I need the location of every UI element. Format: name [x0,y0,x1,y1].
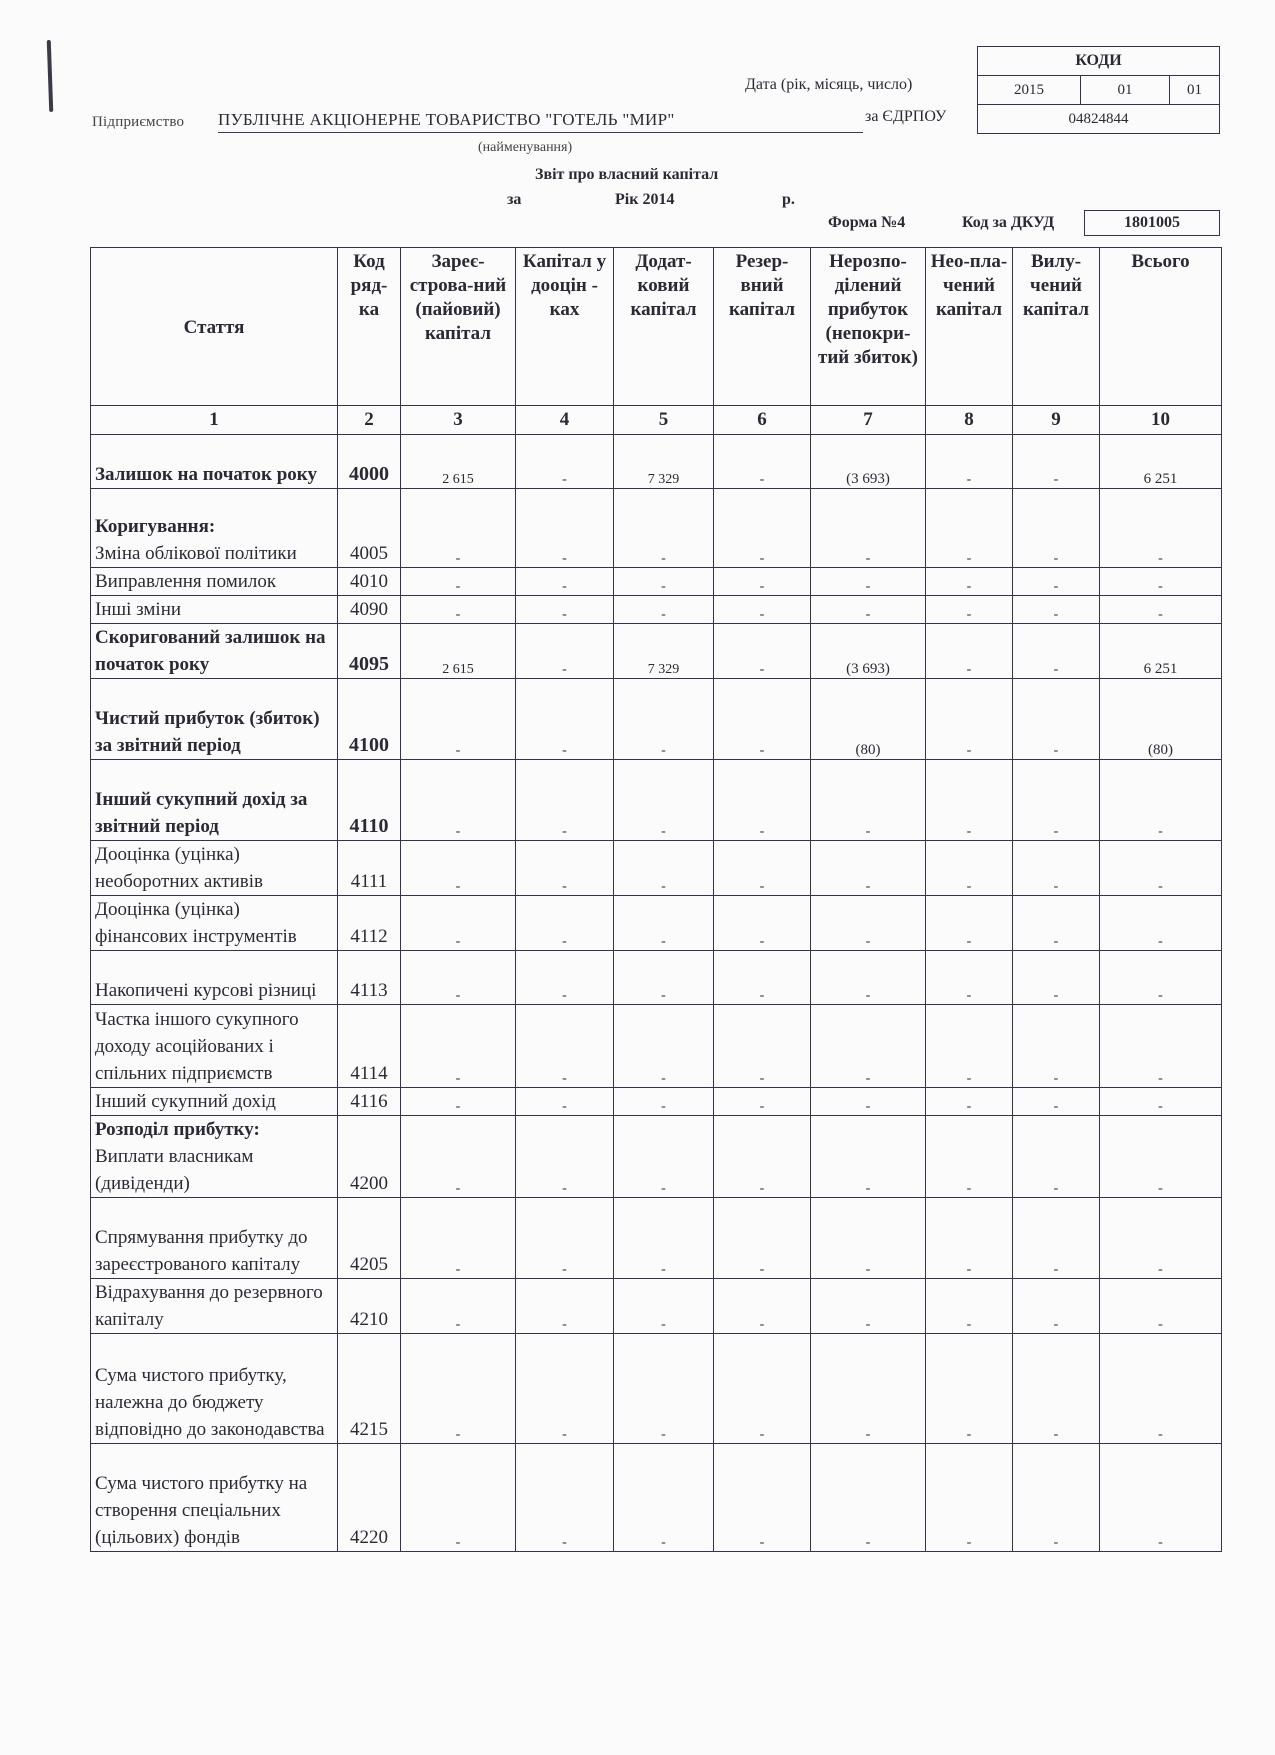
cell-value: - [401,1279,516,1334]
cell-value: - [401,1444,516,1552]
date-label: Дата (рік, місяць, число) [745,76,912,94]
row-code: 4095 [338,624,401,679]
cell-value: - [926,624,1013,679]
cell-value: - [1100,1005,1222,1088]
cell-value: - [516,568,614,596]
code-month: 01 [1080,76,1169,104]
cell-value: - [614,489,714,568]
row-label: Інший сукупний дохід [91,1088,338,1116]
cell-value: - [401,760,516,841]
row-label-text: Відрахування до резервного капіталу [95,1279,333,1333]
column-header: Нео-пла-чений капітал [926,248,1013,406]
cell-value: (3 693) [811,435,926,489]
cell-value: - [714,679,811,760]
row-label: Сума чистого прибутку, належна до бюджет… [91,1334,338,1444]
cell-value: - [926,1088,1013,1116]
table-row: Інший сукупний дохід4116-------- [91,1088,1222,1116]
cell-value: - [811,1444,926,1552]
cell-value: - [926,841,1013,896]
cell-value: - [1100,1198,1222,1279]
cell-value: - [401,1088,516,1116]
table-row: Виправлення помилок4010-------- [91,568,1222,596]
cell-value: - [714,1444,811,1552]
table-row: Відрахування до резервного капіталу4210-… [91,1279,1222,1334]
row-label-text: Інший сукупний дохід за звітний період [95,786,333,840]
cell-value: - [516,489,614,568]
cell-value: - [401,896,516,951]
cell-value: - [1013,596,1100,624]
table-row: Розподіл прибутку:Виплати власникам (див… [91,1116,1222,1198]
cell-value: - [1100,596,1222,624]
cell-value: - [926,760,1013,841]
cell-value: - [614,596,714,624]
table-row: Залишок на початок року40002 615-7 329-(… [91,435,1222,489]
row-code: 4113 [338,951,401,1005]
row-label: Залишок на початок року [91,435,338,489]
period: Рік 2014 [615,191,674,209]
row-label-text: Частка іншого сукупного доходу асоційова… [95,1006,333,1087]
cell-value: - [714,1088,811,1116]
cell-value: - [926,1334,1013,1444]
dkud-code: 1801005 [1084,210,1220,236]
row-code: 4114 [338,1005,401,1088]
cell-value: - [926,1116,1013,1198]
cell-value: - [714,1005,811,1088]
cell-value: - [401,679,516,760]
cell-value: - [614,568,714,596]
cell-value: - [1013,679,1100,760]
cell-value: - [516,1088,614,1116]
cell-value: - [1100,1444,1222,1552]
cell-value: - [714,1116,811,1198]
row-label: Накопичені курсові різниці [91,951,338,1005]
table-row: Накопичені курсові різниці4113-------- [91,951,1222,1005]
row-label-text: Спрямування прибутку до зареєстрованого … [95,1224,333,1278]
row-code: 4215 [338,1334,401,1444]
column-header: Додат-ковий капітал [614,248,714,406]
code-day: 01 [1169,76,1219,104]
cell-value: - [1013,1334,1100,1444]
cell-value: - [1013,760,1100,841]
cell-value: - [401,489,516,568]
cell-value: - [401,841,516,896]
cell-value: - [926,679,1013,760]
row-label: Виправлення помилок [91,568,338,596]
cell-value: - [614,679,714,760]
cell-value: - [1013,435,1100,489]
row-label: Сума чистого прибутку на створення спеці… [91,1444,338,1552]
cell-value: - [926,1279,1013,1334]
row-label: Інший сукупний дохід за звітний період [91,760,338,841]
cell-value: - [516,1005,614,1088]
row-code: 4112 [338,896,401,951]
cell-value: - [926,489,1013,568]
cell-value: - [926,896,1013,951]
cell-value: - [1100,1116,1222,1198]
code-edrpou: 04824844 [978,105,1219,133]
column-header: Стаття [91,248,338,406]
row-code: 4090 [338,596,401,624]
cell-value: (80) [1100,679,1222,760]
cell-value: - [516,624,614,679]
cell-value: 7 329 [614,435,714,489]
column-header: Вилу-чений капітал [1013,248,1100,406]
row-label-text: Сума чистого прибутку на створення спеці… [95,1470,333,1551]
cell-value: - [1100,489,1222,568]
cell-value: - [516,841,614,896]
table-row: Дооцінка (уцінка) необоротних активів411… [91,841,1222,896]
row-code: 4100 [338,679,401,760]
cell-value: - [401,1116,516,1198]
column-header: Нерозпо-ділений прибуток (непокри-тий зб… [811,248,926,406]
table-row: Інший сукупний дохід за звітний період41… [91,760,1222,841]
header-row: СтаттяКод ряд-каЗареє-строва-ний (пайови… [91,248,1222,406]
cell-value: - [811,1005,926,1088]
cell-value: - [614,1279,714,1334]
cell-value: - [614,1444,714,1552]
row-label-text: Виправлення помилок [95,568,333,595]
column-header: Резер-вний капітал [714,248,811,406]
row-label-text: Залишок на початок року [95,461,333,488]
cell-value: - [516,1334,614,1444]
cell-value: - [926,1198,1013,1279]
cell-value: - [1100,568,1222,596]
row-code: 4116 [338,1088,401,1116]
cell-value: - [1013,896,1100,951]
row-code: 4111 [338,841,401,896]
row-label: Інші зміни [91,596,338,624]
cell-value: - [1013,1198,1100,1279]
cell-value: - [811,1116,926,1198]
table-row: Дооцінка (уцінка) фінансових інструменті… [91,896,1222,951]
cell-value: - [1013,489,1100,568]
cell-value: - [811,1279,926,1334]
cell-value: - [401,1198,516,1279]
cell-value: - [926,1444,1013,1552]
row-label: Чистий прибуток (збиток) за звітний пері… [91,679,338,760]
cell-value: - [714,1334,811,1444]
cell-value: - [401,568,516,596]
cell-value: - [516,596,614,624]
cell-value: - [1013,1444,1100,1552]
row-code: 4000 [338,435,401,489]
period-prefix: за [507,191,521,209]
row-label-text: Скоригований залишок на початок року [95,624,333,678]
cell-value: - [714,1198,811,1279]
row-label: Дооцінка (уцінка) необоротних активів [91,841,338,896]
column-header: Всього [1100,248,1222,406]
row-code: 4210 [338,1279,401,1334]
cell-value: - [1013,951,1100,1005]
table-row: Спрямування прибутку до зареєстрованого … [91,1198,1222,1279]
period-suffix: р. [782,191,795,209]
cell-value: - [516,1444,614,1552]
cell-value: - [401,596,516,624]
row-label-text: Інший сукупний дохід [95,1088,333,1115]
cell-value: - [811,760,926,841]
row-code: 4200 [338,1116,401,1198]
cell-value: - [614,1005,714,1088]
cell-value: - [401,1334,516,1444]
cell-value: - [401,951,516,1005]
row-code: 4005 [338,489,401,568]
cell-value: - [1013,1279,1100,1334]
table-row: Сума чистого прибутку, належна до бюджет… [91,1334,1222,1444]
cell-value: - [1013,841,1100,896]
cell-value: - [516,1116,614,1198]
cell-value: - [714,435,811,489]
cell-value: - [714,596,811,624]
cell-value: (3 693) [811,624,926,679]
margin-mark [47,40,54,112]
cell-value: - [1013,1088,1100,1116]
cell-value: - [926,1005,1013,1088]
row-code: 4220 [338,1444,401,1552]
column-number: 9 [1013,406,1100,435]
cell-value: - [614,1334,714,1444]
cell-value: - [714,1279,811,1334]
cell-value: - [614,1198,714,1279]
row-label-text: Дооцінка (уцінка) фінансових інструменті… [95,896,333,950]
cell-value: - [1100,951,1222,1005]
equity-statement-table: СтаттяКод ряд-каЗареє-строва-ний (пайови… [90,247,1222,1552]
cell-value: - [1013,568,1100,596]
cell-value: - [811,951,926,1005]
row-label-text: Інші зміни [95,596,333,623]
cell-value: 2 615 [401,624,516,679]
column-header: Капітал у дооцін - ках [516,248,614,406]
cell-value: - [1100,1088,1222,1116]
cell-value: - [714,896,811,951]
codes-box: КОДИ 2015 01 01 04824844 [977,46,1220,134]
cell-value: - [811,1198,926,1279]
cell-value: - [1100,760,1222,841]
cell-value: - [516,1279,614,1334]
cell-value: - [516,435,614,489]
column-number: 8 [926,406,1013,435]
cell-value: - [811,1088,926,1116]
column-number: 7 [811,406,926,435]
column-number: 2 [338,406,401,435]
table-row: Коригування:Зміна облікової політики4005… [91,489,1222,568]
row-code: 4110 [338,760,401,841]
cell-value: - [1013,1116,1100,1198]
cell-value: - [714,841,811,896]
row-label-text: Сума чистого прибутку, належна до бюджет… [95,1362,333,1443]
cell-value: - [811,489,926,568]
cell-value: - [614,760,714,841]
row-label-text: Зміна облікової політики [95,540,333,567]
table-row: Чистий прибуток (збиток) за звітний пері… [91,679,1222,760]
cell-value: - [714,568,811,596]
section-heading: Коригування: [95,513,333,540]
cell-value: - [714,624,811,679]
cell-value: 7 329 [614,624,714,679]
cell-value: - [811,896,926,951]
cell-value: - [516,1198,614,1279]
row-label: Скоригований залишок на початок року [91,624,338,679]
cell-value: - [1100,841,1222,896]
report-title: Звіт про власний капітал [535,166,718,184]
row-label: Спрямування прибутку до зареєстрованого … [91,1198,338,1279]
cell-value: 6 251 [1100,624,1222,679]
cell-value: - [614,1116,714,1198]
cell-value: - [614,841,714,896]
cell-value: - [516,760,614,841]
edrpou-label: за ЄДРПОУ [865,108,946,126]
code-year: 2015 [978,76,1080,104]
row-label: Дооцінка (уцінка) фінансових інструменті… [91,896,338,951]
column-number: 6 [714,406,811,435]
cell-value: - [714,760,811,841]
row-label: Відрахування до резервного капіталу [91,1279,338,1334]
cell-value: - [926,435,1013,489]
row-code: 4205 [338,1198,401,1279]
cell-value: - [1013,1005,1100,1088]
cell-value: - [401,1005,516,1088]
column-header: Зареє-строва-ний (пайовий) капітал [401,248,516,406]
cell-value: - [516,896,614,951]
cell-value: - [1013,624,1100,679]
enterprise-label: Підприємство [92,114,184,131]
cell-value: - [516,679,614,760]
codes-title: КОДИ [978,47,1219,75]
column-number: 1 [91,406,338,435]
cell-value: (80) [811,679,926,760]
cell-value: - [1100,896,1222,951]
row-label-text: Чистий прибуток (збиток) за звітний пері… [95,705,333,759]
cell-value: - [714,951,811,1005]
cell-value: - [1100,1279,1222,1334]
cell-value: - [1100,1334,1222,1444]
column-number-row: 12345678910 [91,406,1222,435]
cell-value: 6 251 [1100,435,1222,489]
cell-value: - [614,951,714,1005]
row-label: Частка іншого сукупного доходу асоційова… [91,1005,338,1088]
cell-value: - [614,1088,714,1116]
cell-value: 2 615 [401,435,516,489]
row-label: Коригування:Зміна облікової політики [91,489,338,568]
table-row: Частка іншого сукупного доходу асоційова… [91,1005,1222,1088]
row-label-text: Виплати власникам (дивіденди) [95,1143,333,1197]
section-heading: Розподіл прибутку: [95,1116,333,1143]
row-label-text: Дооцінка (уцінка) необоротних активів [95,841,333,895]
column-header: Код ряд-ка [338,248,401,406]
cell-value: - [811,596,926,624]
cell-value: - [926,951,1013,1005]
cell-value: - [516,951,614,1005]
enterprise-name: ПУБЛІЧНЕ АКЦІОНЕРНЕ ТОВАРИСТВО "ГОТЕЛЬ "… [218,110,863,133]
dkud-label: Код за ДКУД [962,214,1054,232]
cell-value: - [926,568,1013,596]
column-number: 5 [614,406,714,435]
cell-value: - [926,596,1013,624]
naming-caption: (найменування) [478,140,572,156]
table-row: Сума чистого прибутку на створення спеці… [91,1444,1222,1552]
form-number: Форма №4 [828,214,905,232]
column-number: 3 [401,406,516,435]
column-number: 10 [1100,406,1222,435]
row-label: Розподіл прибутку:Виплати власникам (див… [91,1116,338,1198]
cell-value: - [811,1334,926,1444]
row-label-text: Накопичені курсові різниці [95,977,333,1004]
cell-value: - [714,489,811,568]
column-number: 4 [516,406,614,435]
row-code: 4010 [338,568,401,596]
cell-value: - [614,896,714,951]
table-row: Скоригований залишок на початок року4095… [91,624,1222,679]
cell-value: - [811,568,926,596]
cell-value: - [811,841,926,896]
table-row: Інші зміни4090-------- [91,596,1222,624]
